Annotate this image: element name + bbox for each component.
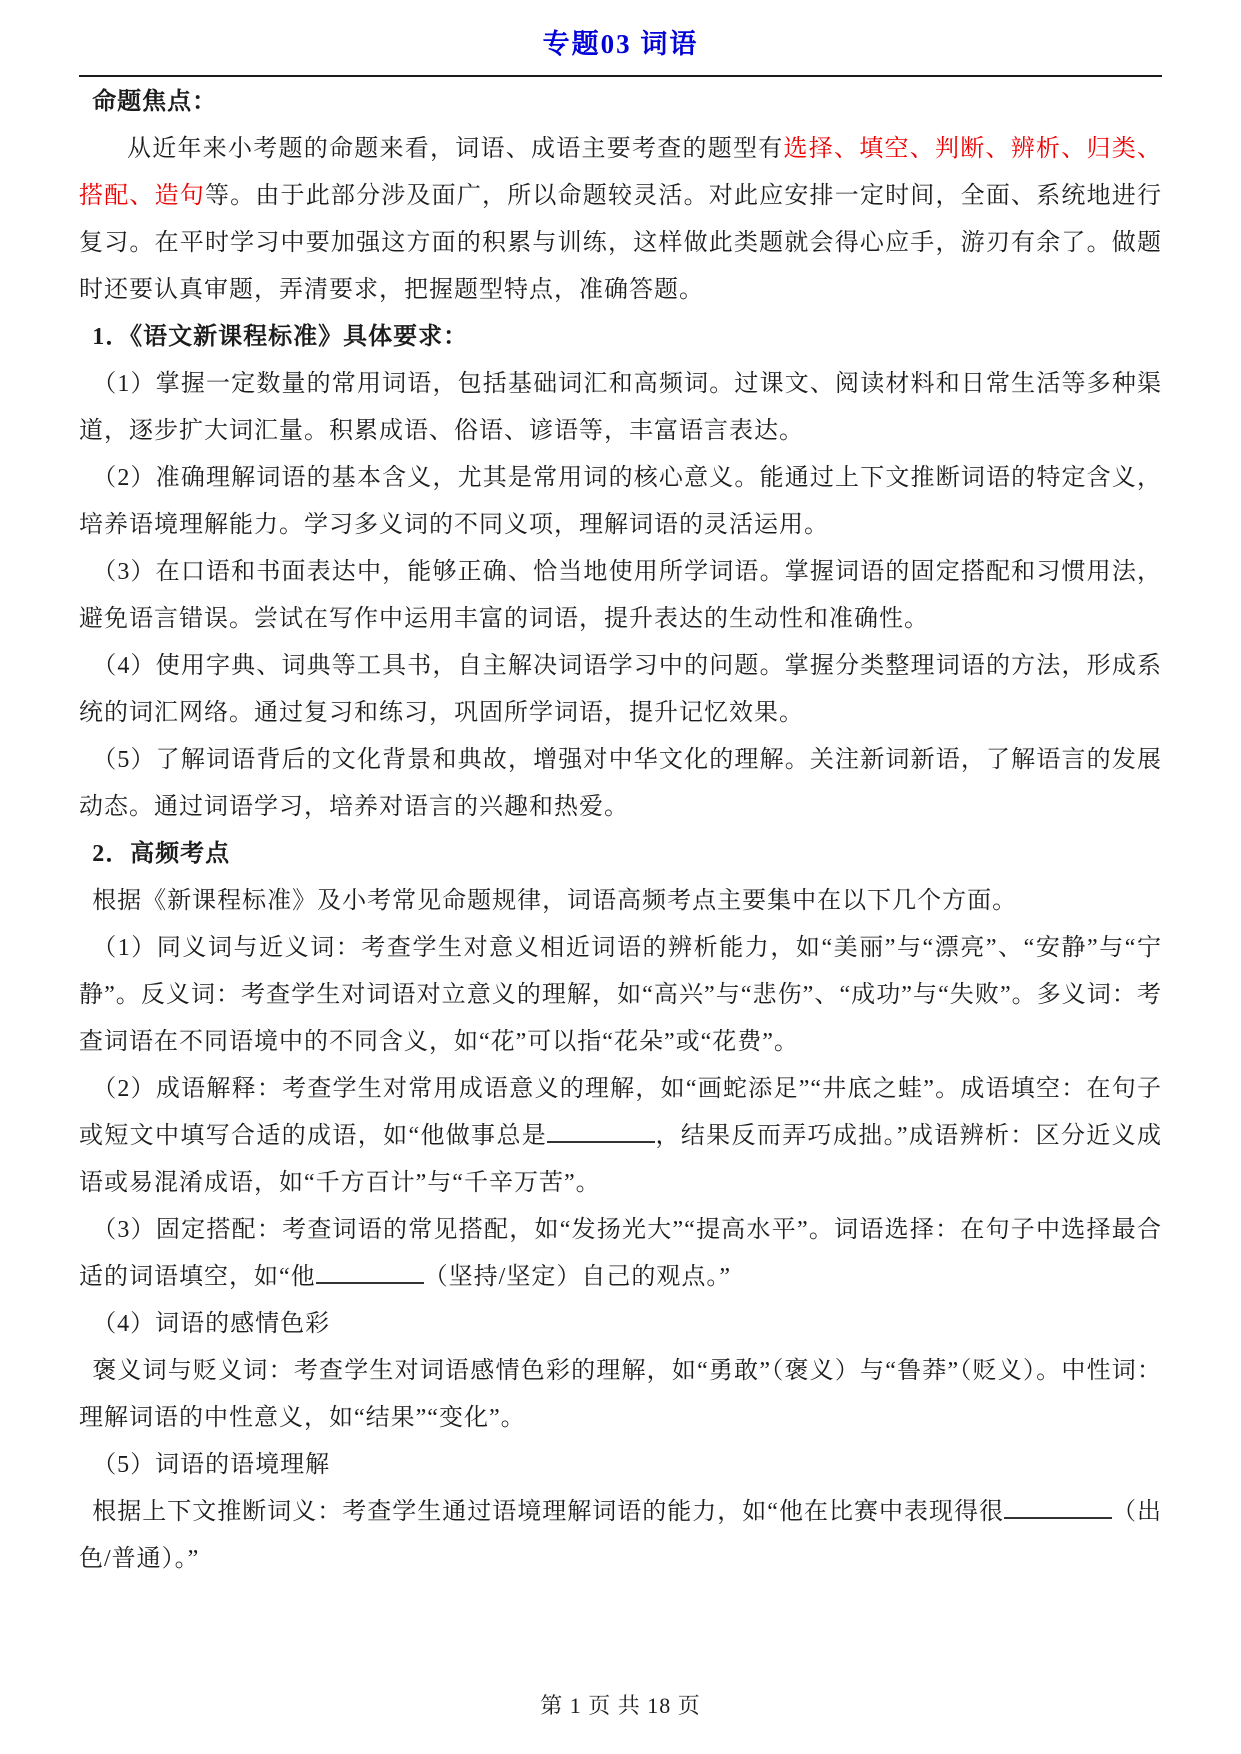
fill-in-blank <box>1004 1493 1112 1519</box>
section1-item-1: （1）掌握一定数量的常用词语，包括基础词汇和高频词。过课文、阅读材料和日常生活等… <box>79 361 1162 455</box>
section2-item-5-body: 根据上下文推断词义：考查学生通过语境理解词语的能力，如“他在比赛中表现得很（出色… <box>79 1489 1162 1583</box>
fill-in-blank <box>547 1117 655 1143</box>
section1-heading: 1．《语文新课程标准》具体要求： <box>79 314 1162 361</box>
section1-item-3: （3）在口语和书面表达中，能够正确、恰当地使用所学词语。掌握词语的固定搭配和习惯… <box>79 549 1162 643</box>
section1-item-4: （4）使用字典、词典等工具书，自主解决词语学习中的问题。掌握分类整理词语的方法，… <box>79 643 1162 737</box>
document-body: 命题焦点： 从近年来小考题的命题来看，词语、成语主要考查的题型有选择、填空、判断… <box>79 79 1162 1583</box>
section2-item-2: （2）成语解释：考查学生对常用成语意义的理解，如“画蛇添足”“井底之蛙”。成语填… <box>79 1066 1162 1207</box>
header-divider <box>79 75 1162 77</box>
section2-lead: 根据《新课程标准》及小考常见命题规律，词语高频考点主要集中在以下几个方面。 <box>79 878 1162 925</box>
intro-text-pre: 从近年来小考题的命题来看，词语、成语主要考查的题型有 <box>127 136 784 162</box>
page-number-footer: 第 1 页 共 18 页 <box>0 1689 1241 1720</box>
section2-item-4-title: （4）词语的感情色彩 <box>79 1301 1162 1348</box>
section2-item-5-text-a: 根据上下文推断词义：考查学生通过语境理解词语的能力，如“他在比赛中表现得很 <box>92 1499 1004 1525</box>
section2-heading: 2．高频考点 <box>79 831 1162 878</box>
section2-item-5-title: （5）词语的语境理解 <box>79 1442 1162 1489</box>
focus-heading: 命题焦点： <box>79 79 1162 126</box>
section1-item-5: （5）了解词语背后的文化背景和典故，增强对中华文化的理解。关注新词新语，了解语言… <box>79 737 1162 831</box>
page-title: 专题03 词语 <box>79 28 1162 60</box>
section2-item-4-body: 褒义词与贬义词：考查学生对词语感情色彩的理解，如“勇敢”（褒义）与“鲁莽”（贬义… <box>79 1348 1162 1442</box>
intro-text-post: 等。由于此部分涉及面广，所以命题较灵活。对此应安排一定时间，全面、系统地进行复习… <box>79 183 1162 303</box>
intro-paragraph: 从近年来小考题的命题来看，词语、成语主要考查的题型有选择、填空、判断、辨析、归类… <box>79 126 1162 314</box>
document-page: 专题03 词语 命题焦点： 从近年来小考题的命题来看，词语、成语主要考查的题型有… <box>0 0 1241 1583</box>
section1-item-2: （2）准确理解词语的基本含义，尤其是常用词的核心意义。能通过上下文推断词语的特定… <box>79 455 1162 549</box>
fill-in-blank <box>316 1258 424 1284</box>
section2-item-3: （3）固定搭配：考查词语的常见搭配，如“发扬光大”“提高水平”。词语选择：在句子… <box>79 1207 1162 1301</box>
section2-item-3-text-b: （坚持/坚定）自己的观点。” <box>424 1264 731 1290</box>
section2-item-1: （1）同义词与近义词：考查学生对意义相近词语的辨析能力，如“美丽”与“漂亮”、“… <box>79 925 1162 1066</box>
